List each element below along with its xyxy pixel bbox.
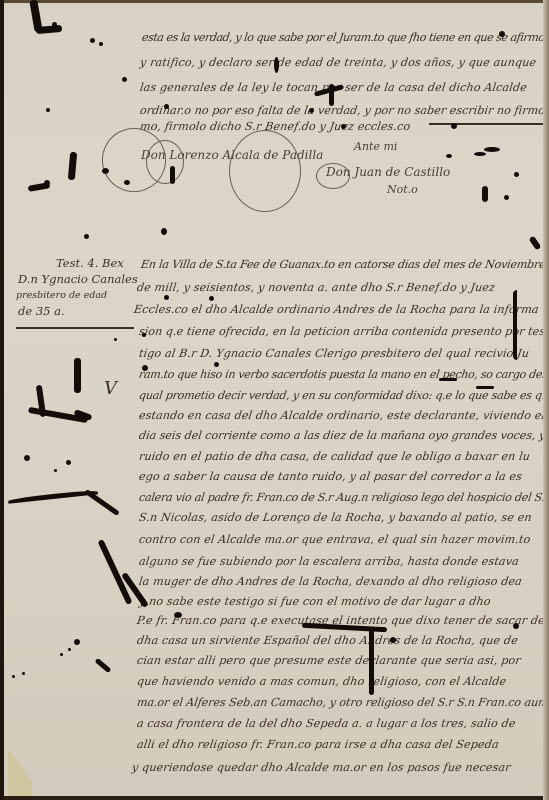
ink-stroke bbox=[74, 358, 81, 393]
ink-stroke bbox=[36, 25, 63, 34]
ink-dot bbox=[309, 108, 314, 113]
ink-stroke bbox=[529, 236, 542, 251]
ink-dot bbox=[142, 365, 148, 371]
text-line: En la Villa de S.ta Fee de Guanax.to en … bbox=[140, 258, 546, 271]
ink-dot bbox=[54, 469, 57, 472]
ink-dot bbox=[90, 38, 95, 43]
text-line: alguno se fue subiendo por la escalera a… bbox=[138, 555, 520, 568]
signature-flourish bbox=[229, 130, 301, 212]
text-line: Eccles.co el dho Alcalde ordinario Andre… bbox=[133, 303, 540, 316]
ink-dot bbox=[114, 338, 117, 341]
ink-dot bbox=[74, 639, 80, 645]
ink-dot bbox=[474, 152, 486, 156]
ink-dot bbox=[102, 168, 109, 174]
ink-dot bbox=[124, 180, 130, 185]
ink-dot bbox=[142, 333, 146, 337]
ink-stroke bbox=[482, 186, 488, 202]
ink-dot bbox=[84, 234, 89, 239]
text-line: tigo al B.r D. Ygnacio Canales Clerigo p… bbox=[138, 347, 530, 360]
text-line: dha casa un sirviente Español del dho An… bbox=[136, 634, 519, 647]
ink-dot bbox=[514, 172, 519, 177]
margin-note-line: de 35 a. bbox=[18, 304, 65, 318]
ink-dot bbox=[66, 460, 71, 465]
ink-dot bbox=[214, 362, 219, 367]
ink-dot bbox=[504, 195, 509, 200]
ink-stroke bbox=[94, 658, 111, 673]
ink-dot bbox=[122, 77, 127, 82]
signature-flourish bbox=[146, 140, 184, 184]
signature-attestation: Ante mi bbox=[354, 140, 397, 153]
ink-stroke bbox=[68, 152, 77, 181]
margin-rule bbox=[16, 327, 134, 329]
ink-dot bbox=[46, 108, 50, 112]
ink-stroke bbox=[329, 84, 334, 106]
text-line: ma.or el Alferes Seb.an Camacho, y otro … bbox=[136, 696, 546, 709]
text-line: la muger de dho Andres de la Rocha, dexa… bbox=[138, 575, 523, 588]
ink-dot bbox=[341, 124, 346, 129]
ink-stroke bbox=[97, 539, 132, 605]
text-line: ram.to que hiso in verbo sacerdotis pues… bbox=[138, 368, 546, 381]
ink-stroke bbox=[84, 489, 120, 516]
text-line: contro con el Alcalde ma.or que entrava,… bbox=[138, 533, 531, 546]
text-line: esta es la verdad, y lo que sabe por el … bbox=[141, 31, 545, 44]
text-line: cian estar alli pero que presume este de… bbox=[136, 654, 522, 667]
ink-dot bbox=[174, 612, 182, 618]
text-line: qual prometio decir verdad, y en su conf… bbox=[138, 389, 546, 402]
ink-dot bbox=[22, 672, 25, 675]
manuscript-page: esta es la verdad, y lo que sabe por el … bbox=[4, 0, 549, 796]
page-right-edge bbox=[543, 0, 549, 800]
bracket-stroke bbox=[513, 290, 517, 360]
ink-dot bbox=[499, 31, 505, 37]
ink-dot bbox=[484, 147, 500, 152]
ink-dot bbox=[390, 637, 396, 643]
ink-dot bbox=[513, 623, 519, 629]
margin-note-line: presbitero de edad bbox=[16, 290, 107, 301]
text-line: dia seis del corriente como a las diez d… bbox=[138, 429, 546, 442]
ink-dot bbox=[451, 123, 457, 129]
text-line: ordinar.o no por eso falta de la verdad,… bbox=[139, 104, 546, 117]
text-line: que haviendo venido a mas comun, dho rel… bbox=[136, 675, 507, 688]
text-line: S.n Nicolas, asido de Lorenço de la Roch… bbox=[138, 511, 533, 524]
text-line: alli el dho religioso fr. Fran.co para i… bbox=[136, 738, 500, 751]
ink-dot bbox=[209, 296, 214, 301]
ink-dot bbox=[446, 154, 452, 158]
ink-dot bbox=[52, 22, 57, 27]
page-left-edge bbox=[0, 0, 4, 800]
torn-corner bbox=[8, 748, 32, 796]
ink-dot bbox=[164, 295, 169, 300]
margin-note-line: Test. 4. Bex bbox=[56, 256, 124, 270]
signature-name: Don Lorenzo Alcala de Padilla bbox=[141, 148, 323, 162]
ink-dot bbox=[164, 104, 169, 109]
text-line: calera vio al padre fr. Fran.co de S.r A… bbox=[138, 491, 546, 504]
margin-note-line: D.n Ygnacio Canales bbox=[18, 272, 138, 286]
text-line: de mill, y seisientos, y noventa a. ante… bbox=[136, 281, 496, 294]
text-line: sion q.e tiene ofrecida, en la peticion … bbox=[138, 325, 546, 338]
text-line: a casa frontera de la del dho Sepeda a. … bbox=[136, 717, 516, 730]
text-line: y queriendose quedar dho Alcalde ma.or e… bbox=[131, 761, 512, 774]
ink-dot bbox=[274, 57, 279, 73]
ink-stroke bbox=[170, 166, 175, 184]
signature-name: Don Juan de Castillo bbox=[326, 165, 450, 179]
text-line: ruido en el patio de dha casa, de calida… bbox=[138, 450, 531, 463]
ink-dot bbox=[12, 675, 15, 678]
margin-marker: V bbox=[104, 378, 117, 399]
text-line: ego a saber la causa de tanto ruido, y a… bbox=[138, 470, 523, 483]
ink-dot bbox=[161, 228, 167, 235]
ink-dot bbox=[24, 455, 30, 461]
text-line: estando en casa del dho Alcalde ordinari… bbox=[138, 409, 546, 422]
closing-rule bbox=[429, 123, 547, 125]
ink-dot bbox=[44, 180, 50, 186]
ink-dot bbox=[99, 42, 103, 46]
ink-stroke bbox=[439, 378, 457, 381]
ink-stroke bbox=[476, 386, 494, 389]
text-line: y no sabe este testigo si fue con el mot… bbox=[138, 595, 491, 608]
ink-dot bbox=[68, 648, 71, 651]
text-line: y ratifico, y declaro ser de edad de tre… bbox=[139, 56, 537, 69]
ink-dot bbox=[60, 653, 63, 656]
page-top-edge bbox=[4, 0, 549, 3]
ink-stroke bbox=[369, 627, 374, 695]
signature-title: Not.o bbox=[387, 183, 418, 196]
